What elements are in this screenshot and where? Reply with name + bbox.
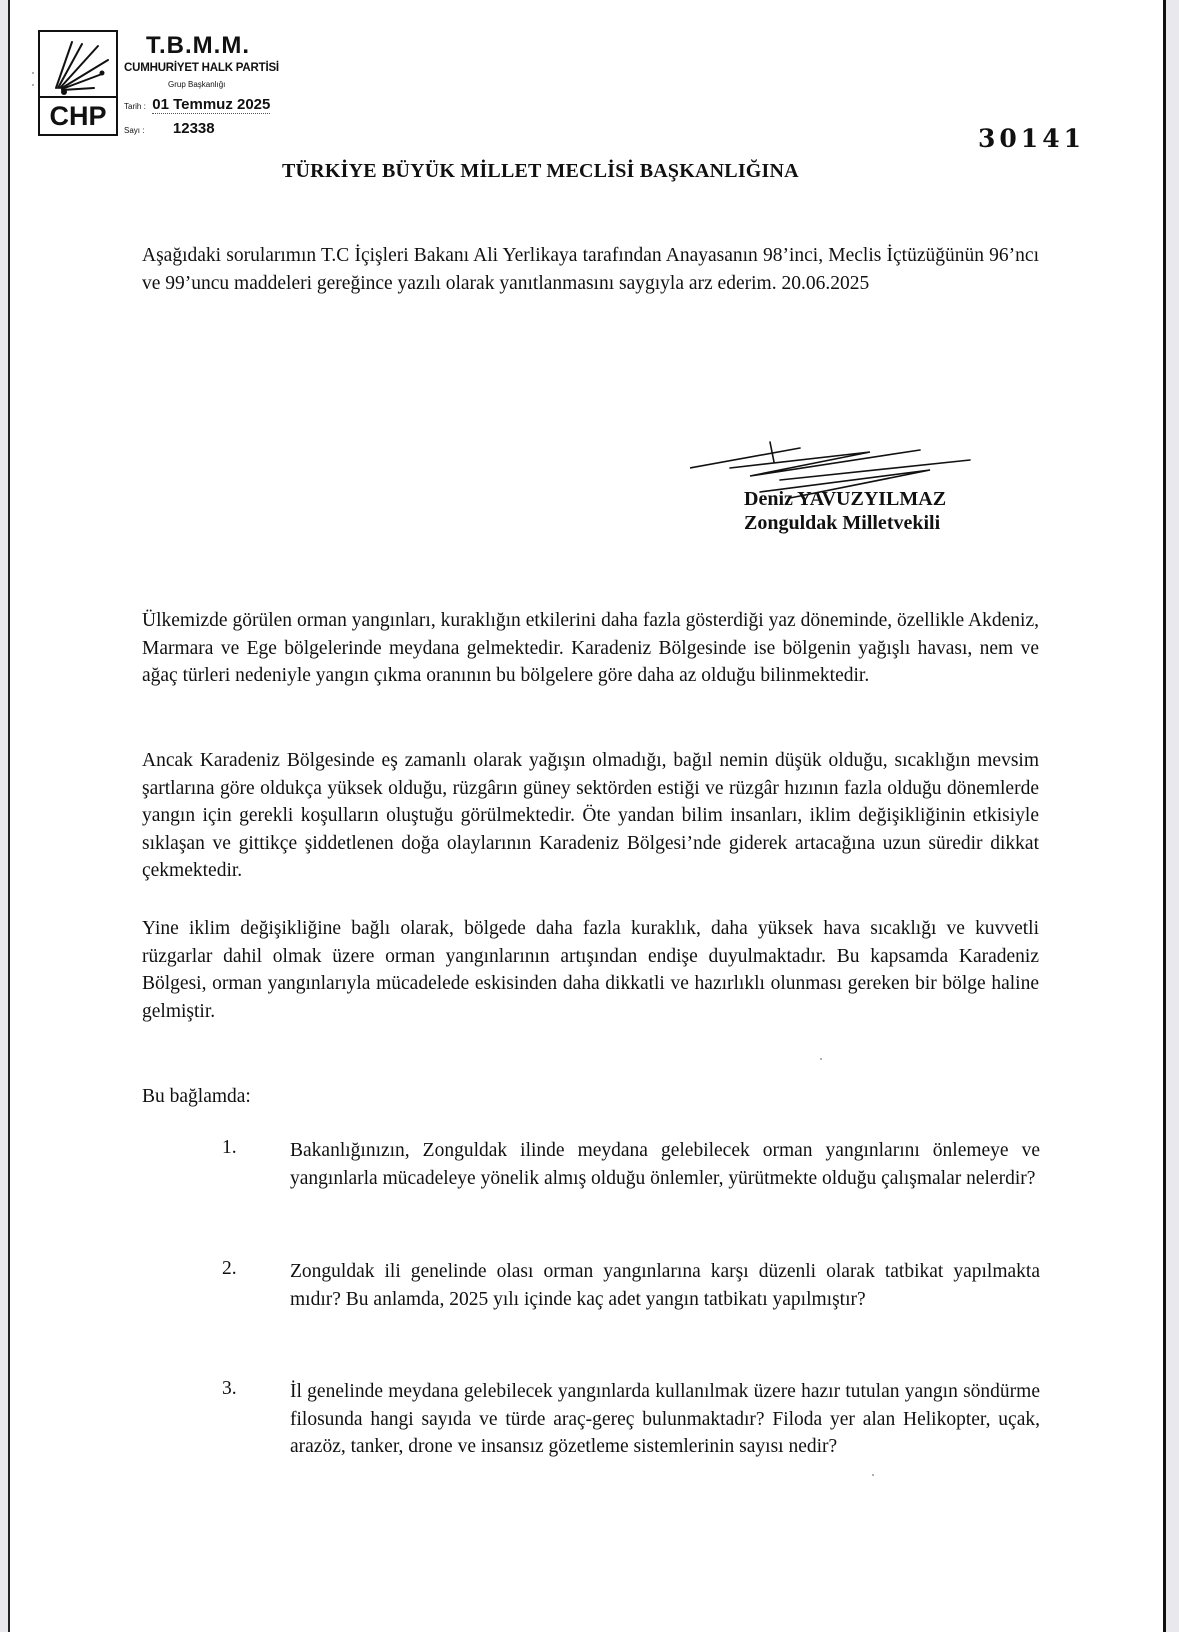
question-number: 1. [222, 1137, 237, 1159]
signer-title: Zonguldak Milletvekili [744, 512, 940, 535]
scan-speck [872, 1474, 874, 1476]
question-text: İl genelinde meydana gelebilecek yangınl… [290, 1378, 1040, 1461]
page-title: TÜRKİYE BÜYÜK MİLLET MECLİSİ BAŞKANLIĞIN… [282, 160, 799, 183]
stamp-date: 01 Temmuz 2025 [152, 96, 270, 114]
scan-speck [820, 1058, 822, 1060]
stamp-date-row: Tarih : 01 Temmuz 2025 [124, 96, 270, 114]
date-label: Tarih : [124, 102, 146, 111]
intro-paragraph: Aşağıdaki sorularımın T.C İçişleri Bakan… [142, 242, 1039, 297]
document-number: 30141 [978, 124, 1085, 153]
party-rays-icon [40, 32, 116, 96]
stamp-institution: T.B.M.M. [146, 32, 250, 60]
context-label: Bu bağlamda: [142, 1086, 251, 1108]
chp-logo: CHP [38, 30, 118, 136]
question-number: 2. [222, 1258, 237, 1280]
body-paragraph: Ülkemizde görülen orman yangınları, kura… [142, 607, 1039, 690]
body-paragraph: Ancak Karadeniz Bölgesinde eş zamanlı ol… [142, 747, 1039, 885]
logo-text: CHP [40, 100, 116, 132]
question-number: 3. [222, 1378, 237, 1400]
stamp-party: CUMHURİYET HALK PARTİSİ [124, 62, 279, 74]
logo-divider [40, 96, 116, 98]
stamp-unit: Grup Başkanlığı [168, 80, 225, 89]
number-label: Sayı : [124, 126, 144, 135]
document-page: CHP T.B.M.M. CUMHURİYET HALK PARTİSİ Gru… [8, 0, 1166, 1632]
scan-speck [32, 72, 34, 74]
body-paragraph: Yine iklim değişikliğine bağlı olarak, b… [142, 915, 1039, 1025]
question-text: Bakanlığınızın, Zonguldak ilinde meydana… [290, 1137, 1040, 1192]
scan-speck [32, 84, 34, 86]
stamp-number: 12338 [173, 120, 215, 137]
stamp-number-row: Sayı : 12338 [124, 120, 215, 138]
question-text: Zonguldak ili genelinde olası orman yang… [290, 1258, 1040, 1313]
signer-name: Deniz YAVUZYILMAZ [744, 488, 946, 511]
